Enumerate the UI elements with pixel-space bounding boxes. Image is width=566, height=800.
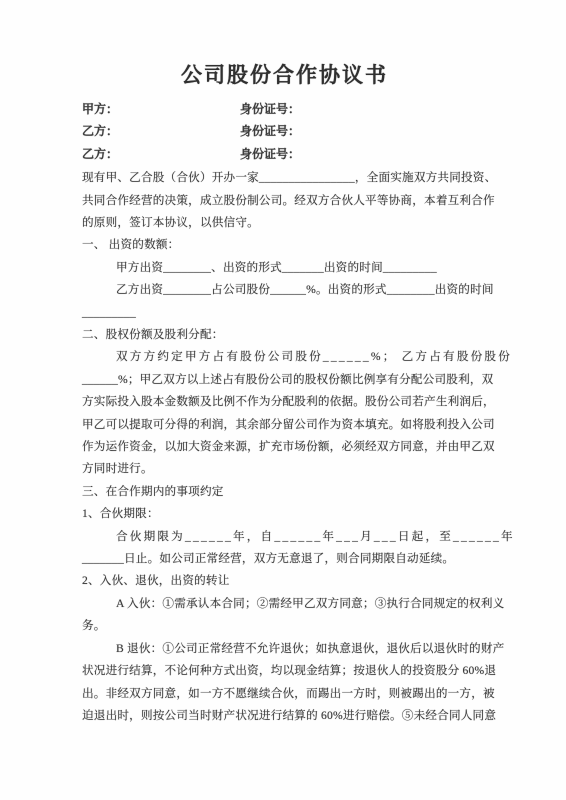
- text-line: _________: [82, 302, 487, 324]
- party-row: 甲方： 身份证号：: [82, 98, 487, 120]
- text-line: 合伙期限为______年，自______年___月___日起，至______年: [82, 526, 487, 548]
- text-line: 迫退出时，则按公司当时财产状况进行结算的 60%进行赔偿。⑤未经合同人同意: [82, 705, 487, 727]
- text-line: ______%；甲乙双方以上述占有股份公司的股权份额比例享有分配公司股利，双: [82, 369, 487, 391]
- text-line: 共同合作经营的决策，成立股份制公司。经双方合伙人平等协商，本着互利合作: [82, 190, 487, 212]
- party-id-label: 身份证号：: [240, 143, 300, 165]
- text-line: 状况进行结算，不论何种方式出资，均以现金结算；按退伙人的投资股分 60%退: [82, 660, 487, 682]
- party-row: 乙方： 身份证号：: [82, 143, 487, 165]
- text-line: _______日止。如公司正常经营，双方无意退了，则合同期限自动延续。: [82, 548, 487, 570]
- party-label: 乙方：: [82, 147, 118, 161]
- party-row: 乙方： 身份证号：: [82, 120, 487, 142]
- parties-block: 甲方： 身份证号： 乙方： 身份证号： 乙方： 身份证号：: [82, 98, 487, 165]
- section-heading: 三、在合作期内的事项约定: [82, 481, 487, 503]
- text-line: 方实际投入股本金数额及比例不作为分配股利的依据。股份公司若产生利润后，: [82, 391, 487, 413]
- text-line: 现有甲、乙合股（合伙）开办一家________________，全面实施双方共同…: [82, 167, 487, 189]
- text-line: 方同时进行。: [82, 458, 487, 480]
- text-line: 作为运作资金，以加大资金来源，扩充市场份额，必须经双方同意，并由甲乙双: [82, 436, 487, 458]
- text-line: 务。: [82, 615, 487, 637]
- section-heading: 一、 出资的数额：: [82, 234, 487, 256]
- text-line: 乙方出资________占公司股份______%。出资的形式________出资…: [82, 279, 487, 301]
- party-label: 乙方：: [82, 124, 118, 138]
- text-line: A 入伙：①需承认本合同；②需经甲乙双方同意；③执行合同规定的权利义: [82, 593, 487, 615]
- sub-heading: 2、入伙、退伙，出资的转让: [82, 570, 487, 592]
- section-heading: 二、股权份额及股利分配：: [82, 324, 487, 346]
- document-page: 公司股份合作协议书 甲方： 身份证号： 乙方： 身份证号： 乙方： 身份证号： …: [0, 0, 566, 800]
- text-line: 出。非经双方同意，如一方不愿继续合伙，而踢出一方时，则被踢出的一方，被: [82, 683, 487, 705]
- text-line: B 退伙：①公司正常经营不允许退伙；如执意退伙，退伙后以退伙时的财产: [82, 638, 487, 660]
- sub-heading: 1、合伙期限：: [82, 503, 487, 525]
- text-line: 的原则，签订本协议，以供信守。: [82, 212, 487, 234]
- party-id-label: 身份证号：: [240, 120, 300, 142]
- text-line: 甲乙可以提取可分得的利润，其余部分留公司作为资本填充。如将股利投入公司: [82, 414, 487, 436]
- text-line: 双方方约定甲方占有股份公司股份______%； 乙方占有股份股份: [82, 346, 487, 368]
- party-label: 甲方：: [82, 102, 118, 116]
- document-title: 公司股份合作协议书: [82, 58, 487, 92]
- party-id-label: 身份证号：: [240, 98, 300, 120]
- text-line: 甲方出资________、出资的形式_______出资的时间_________: [82, 257, 487, 279]
- document-body: 现有甲、乙合股（合伙）开办一家________________，全面实施双方共同…: [82, 167, 487, 727]
